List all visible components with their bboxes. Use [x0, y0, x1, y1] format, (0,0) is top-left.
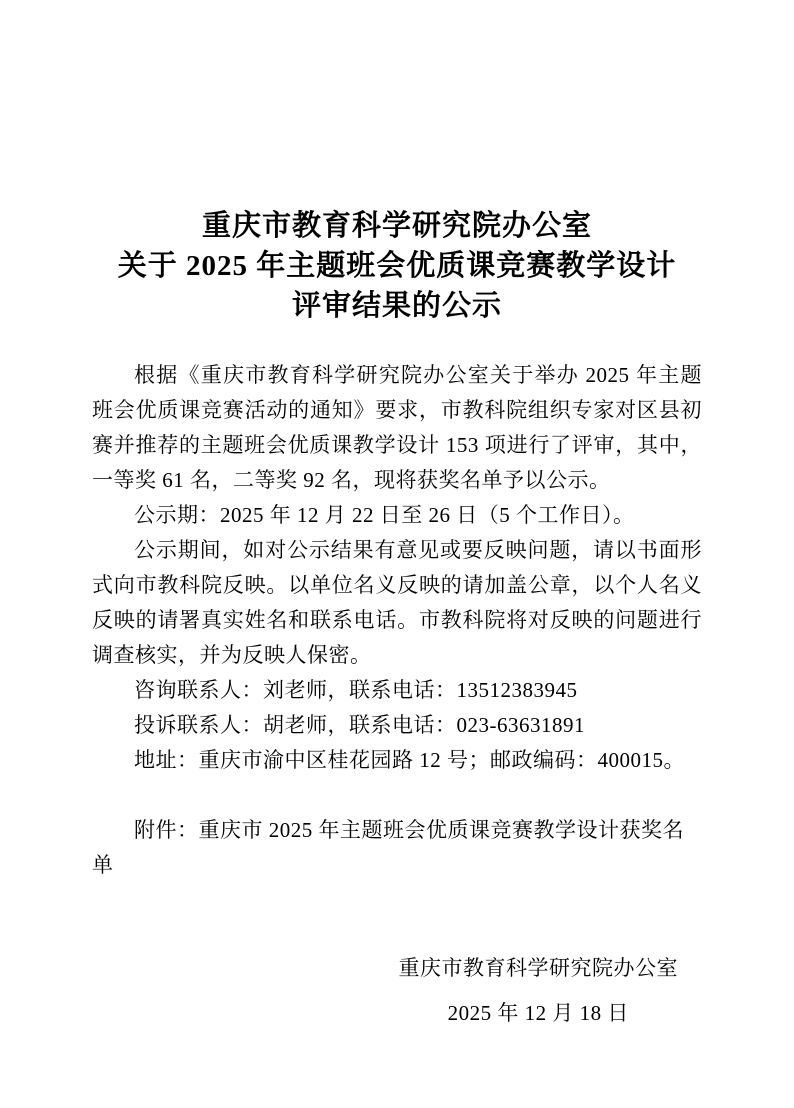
contact-line-consultation: 咨询联系人：刘老师，联系电话：13512383945 [92, 673, 702, 708]
contact-block: 咨询联系人：刘老师，联系电话：13512383945 投诉联系人：胡老师，联系电… [92, 673, 702, 778]
title-line-subject: 关于 2025 年主题班会优质课竞赛教学设计 [92, 246, 702, 286]
signature-org: 重庆市教育科学研究院办公室 [399, 946, 679, 991]
attachment-line: 附件：重庆市 2025 年主题班会优质课竞赛教学设计获奖名单 [92, 813, 702, 883]
document-body: 根据《重庆市教育科学研究院办公室关于举办 2025 年主题班会优质课竞赛活动的通… [92, 358, 702, 883]
title-line-announcement: 评审结果的公示 [92, 286, 702, 326]
signature-block: 重庆市教育科学研究院办公室 2025 年 12 月 18 日 [399, 946, 679, 1036]
signature-date: 2025 年 12 月 18 日 [399, 991, 679, 1036]
title-line-issuing-office: 重庆市教育科学研究院办公室 [92, 206, 702, 246]
paragraph-feedback-instructions: 公示期间，如对公示结果有意见或要反映问题，请以书面形式向市教科院反映。以单位名义… [92, 533, 702, 673]
paragraph-review-basis: 根据《重庆市教育科学研究院办公室关于举办 2025 年主题班会优质课竞赛活动的通… [92, 358, 702, 498]
contact-line-address: 地址：重庆市渝中区桂花园路 12 号；邮政编码：400015。 [92, 743, 702, 778]
paragraph-publicity-period: 公示期：2025 年 12 月 22 日至 26 日（5 个工作日）。 [92, 498, 702, 533]
contact-line-complaint: 投诉联系人：胡老师，联系电话：023-63631891 [92, 708, 702, 743]
document-page: 重庆市教育科学研究院办公室 关于 2025 年主题班会优质课竞赛教学设计 评审结… [0, 0, 794, 1108]
document-title: 重庆市教育科学研究院办公室 关于 2025 年主题班会优质课竞赛教学设计 评审结… [92, 206, 702, 326]
